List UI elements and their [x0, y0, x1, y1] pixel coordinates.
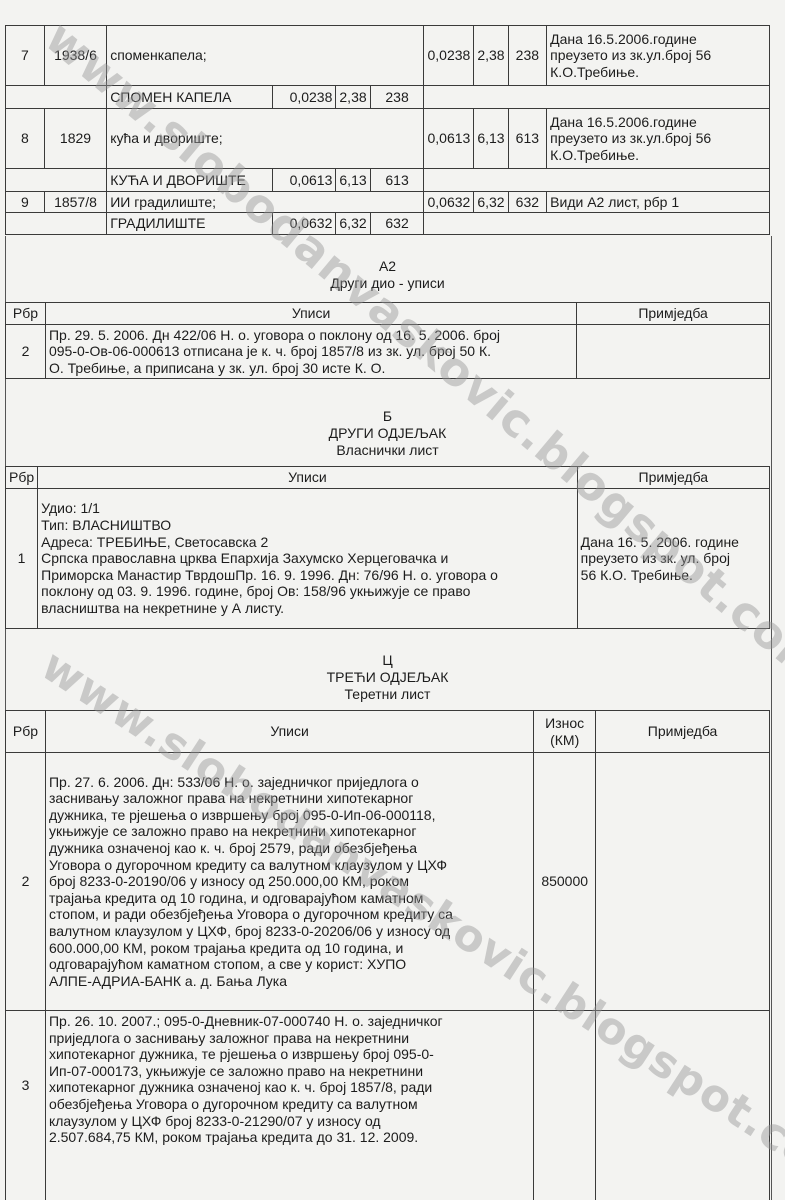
- sub-area-ha: 0,0632: [273, 213, 336, 235]
- entry-amount: [534, 1011, 596, 1200]
- parcel-subrow: КУЋА И ДВОРИШТЕ 0,0613 6,13 613: [6, 169, 770, 192]
- parcel-table: 7 1938/6 споменкапела; 0,0238 2,38 238 Д…: [5, 25, 770, 235]
- note-line: Дана 16.5.2006.године: [550, 31, 766, 48]
- row-number: 2: [6, 325, 46, 379]
- section-title: ДРУГИ ОДЈЕЉАК: [5, 425, 770, 442]
- area-m2: 613: [508, 109, 547, 169]
- usage-name: КУЋА И ДВОРИШТЕ: [107, 169, 273, 192]
- area-m2: 632: [508, 192, 547, 213]
- header-rbr: Рбр: [6, 303, 46, 325]
- entry-remark: [596, 753, 770, 1011]
- parcel-note: Дана 16.5.2006.године преузето из зк.ул.…: [547, 26, 770, 86]
- section-code: А2: [5, 258, 770, 275]
- entry-text: Пр. 26. 10. 2007.; 095-0-Дневник-07-0007…: [45, 1011, 533, 1200]
- entry-row: 1 Удио: 1/1 Тип: ВЛАСНИШТВО Адреса: ТРЕБ…: [6, 489, 770, 629]
- section-a2-heading: А2 Други дио - уписи: [5, 258, 770, 292]
- sub-area-a: 6,13: [336, 169, 370, 192]
- row-number: 2: [6, 753, 46, 1011]
- sub-area-a: 2,38: [336, 86, 370, 109]
- section-subtitle: Други дио - уписи: [5, 275, 770, 292]
- usage-name: ГРАДИЛИШТЕ: [107, 213, 273, 235]
- note-line: преузето из зк.ул.број 56: [550, 130, 766, 147]
- header-entries: Уписи: [38, 467, 578, 489]
- header-entries: Уписи: [45, 303, 576, 325]
- section-c-heading: Ц ТРЕЋИ ОДЈЕЉАК Теретни лист: [5, 652, 770, 703]
- note-line: К.О.Требиње.: [550, 147, 766, 164]
- entry-text: Пр. 29. 5. 2006. Дн 422/06 Н. о. уговора…: [45, 325, 576, 379]
- section-code: Б: [5, 408, 770, 425]
- parcel-number: 1857/8: [44, 192, 106, 213]
- entry-amount: 850000: [534, 753, 596, 1011]
- sub-area-m2: 238: [370, 86, 424, 109]
- section-code: Ц: [5, 652, 770, 669]
- parcel-subrow: ГРАДИЛИШТЕ 0,0632 6,32 632: [6, 213, 770, 235]
- header-rbr: Рбр: [6, 711, 46, 753]
- section-title: ТРЕЋИ ОДЈЕЉАК: [5, 669, 770, 686]
- header-rbr: Рбр: [6, 467, 38, 489]
- sub-area-ha: 0,0613: [273, 169, 336, 192]
- b-ownership-table: Рбр Уписи Примједба 1 Удио: 1/1 Тип: ВЛА…: [5, 466, 770, 629]
- section-b-heading: Б ДРУГИ ОДЈЕЉАК Власнички лист: [5, 408, 770, 459]
- entry-remark: Дана 16. 5. 2006. године преузето из зк.…: [577, 489, 769, 629]
- entry-text: Удио: 1/1 Тип: ВЛАСНИШТВО Адреса: ТРЕБИЊ…: [38, 489, 578, 629]
- header-amount: Износ (КМ): [534, 711, 596, 753]
- parcel-number: 1829: [44, 109, 106, 169]
- header-remark: Примједба: [577, 467, 769, 489]
- area-m2: 238: [508, 26, 547, 86]
- header-remark: Примједба: [577, 303, 770, 325]
- entry-row: 2 Пр. 27. 6. 2006. Дн: 533/06 Н. о. заје…: [6, 753, 770, 1011]
- row-number: 9: [6, 192, 45, 213]
- sub-area-a: 6,32: [336, 213, 370, 235]
- note-line: Дана 16.5.2006.године: [550, 114, 766, 131]
- document-page: 7 1938/6 споменкапела; 0,0238 2,38 238 Д…: [0, 0, 785, 1200]
- a2-entries-table: Рбр Уписи Примједба 2 Пр. 29. 5. 2006. Д…: [5, 302, 770, 379]
- area-ha: 0,0613: [424, 109, 474, 169]
- section-subtitle: Теретни лист: [5, 686, 770, 703]
- parcel-note: Види А2 лист, рбр 1: [547, 192, 770, 213]
- note-line: преузето из зк.ул.број 56: [550, 47, 766, 64]
- section-subtitle: Власнички лист: [5, 442, 770, 459]
- parcel-row: 8 1829 кућа и двориште; 0,0613 6,13 613 …: [6, 109, 770, 169]
- c-encumbrance-table: Рбр Уписи Износ (КМ) Примједба 2 Пр. 27.…: [5, 710, 770, 1200]
- parcel-description: споменкапела;: [107, 26, 424, 86]
- sub-area-ha: 0,0238: [273, 86, 336, 109]
- row-number: 7: [6, 26, 45, 86]
- entry-remark: [596, 1011, 770, 1200]
- parcel-note: Дана 16.5.2006.године преузето из зк.ул.…: [547, 109, 770, 169]
- entry-row: 2 Пр. 29. 5. 2006. Дн 422/06 Н. о. угово…: [6, 325, 770, 379]
- header-remark: Примједба: [596, 711, 770, 753]
- sub-area-m2: 613: [370, 169, 424, 192]
- parcel-description: ИИ градилиште;: [107, 192, 424, 213]
- parcel-description: кућа и двориште;: [107, 109, 424, 169]
- area-ha: 0,0632: [424, 192, 474, 213]
- note-line: К.О.Требиње.: [550, 64, 766, 81]
- parcel-subrow: СПОМЕН КАПЕЛА 0,0238 2,38 238: [6, 86, 770, 109]
- parcel-number: 1938/6: [44, 26, 106, 86]
- usage-name: СПОМЕН КАПЕЛА: [107, 86, 273, 109]
- entry-row: 3 Пр. 26. 10. 2007.; 095-0-Дневник-07-00…: [6, 1011, 770, 1200]
- parcel-row: 9 1857/8 ИИ градилиште; 0,0632 6,32 632 …: [6, 192, 770, 213]
- row-number: 1: [6, 489, 38, 629]
- sub-area-m2: 632: [370, 213, 424, 235]
- area-a: 6,13: [474, 109, 508, 169]
- entry-text: Пр. 27. 6. 2006. Дн: 533/06 Н. о. заједн…: [45, 753, 533, 1011]
- entry-remark: [577, 325, 770, 379]
- header-entries: Уписи: [45, 711, 533, 753]
- row-number: 8: [6, 109, 45, 169]
- area-ha: 0,0238: [424, 26, 474, 86]
- area-a: 6,32: [474, 192, 508, 213]
- row-number: 3: [6, 1011, 46, 1200]
- parcel-row: 7 1938/6 споменкапела; 0,0238 2,38 238 Д…: [6, 26, 770, 86]
- area-a: 2,38: [474, 26, 508, 86]
